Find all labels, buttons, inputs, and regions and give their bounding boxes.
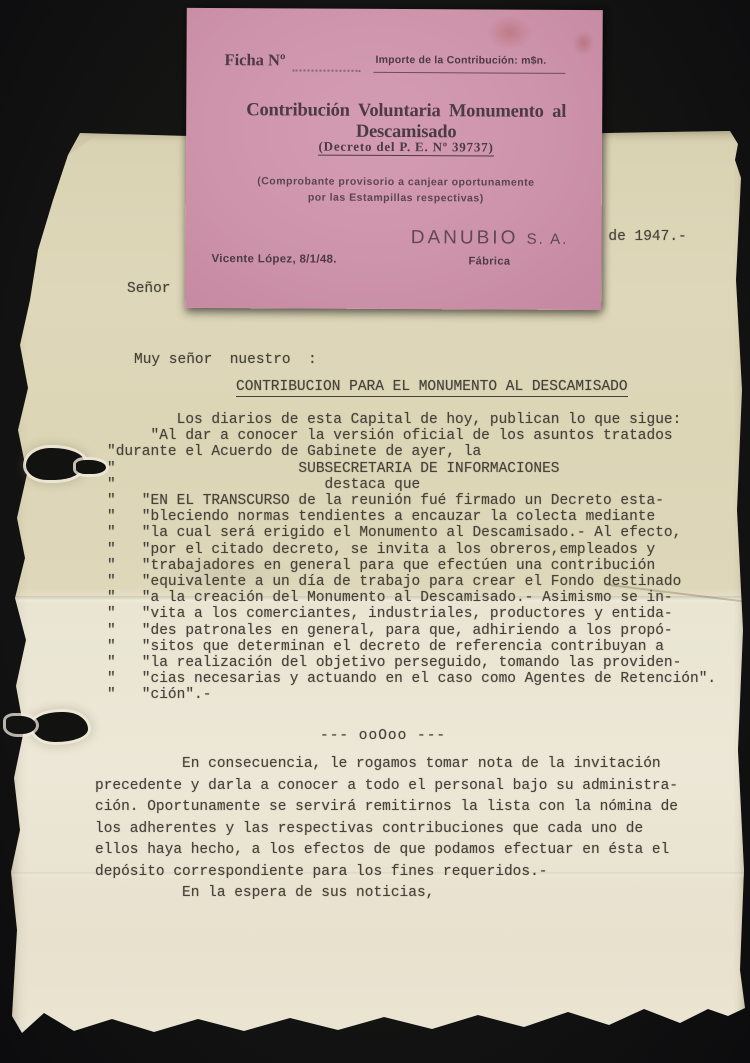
- voucher-note-line2: por las Estampillas respectivas): [204, 190, 588, 208]
- importe-label: Importe de la Contribución: m$n.: [375, 54, 575, 67]
- letter-line: ellos haya hecho, a los efectos de que p…: [95, 840, 678, 862]
- letter-line: En consecuencia, le rogamos tomar nota d…: [95, 754, 678, 776]
- letter-line: precedente y darla a conocer a todo el p…: [95, 776, 678, 798]
- importe-blank-line: [373, 72, 565, 74]
- letter-line: " "la realización del objetivo perseguid…: [107, 655, 716, 671]
- company-name-main: DANUBIO: [411, 227, 519, 249]
- corner-fold: [22, 136, 96, 178]
- letter-line: " "sitos que determinan el decreto de re…: [107, 639, 716, 655]
- letter-line: En la espera de sus noticias,: [95, 883, 678, 905]
- letter-line: " destaca que: [107, 477, 716, 493]
- paper-hole-top: [26, 448, 84, 480]
- letter-line: "Al dar a conocer la versión oficial de …: [107, 428, 716, 444]
- letter-line: " SUBSECRETARIA DE INFORMACIONES: [107, 461, 716, 477]
- section-separator: --- ooOoo ---: [320, 728, 446, 744]
- voucher-note: (Comprobante provisorio a canjear oportu…: [204, 174, 588, 207]
- paper-hole-bottom: [32, 712, 88, 742]
- letter-line: los adherentes y las respectivas contrib…: [95, 819, 678, 841]
- letter-line: depósito correspondiente para los fines …: [95, 862, 678, 884]
- letter-line: " "cias necesarias y actuando en el caso…: [107, 671, 716, 687]
- ficha-blank-line: [292, 49, 360, 71]
- decree-text: (Decreto del P. E. Nº 39737): [318, 139, 493, 157]
- company-name: DANUBIO S. A.: [400, 227, 580, 250]
- letter-line: "durante el Acuerdo de Gabinete de ayer,…: [107, 444, 716, 460]
- letter-line: " "trabajadores en general para que efec…: [107, 558, 716, 574]
- letter-line: " "equivalente a un día de trabajo para …: [107, 574, 716, 590]
- letter-salutation: Señor: [127, 281, 171, 297]
- photo-scene: 9 de 1947.- Señor Muy señor nuestro : CO…: [0, 0, 750, 1063]
- letter-line: " "por el citado decreto, se invita a lo…: [107, 542, 716, 558]
- rust-stain: [487, 15, 533, 49]
- letter-line: " "bleciendo normas tendientes a encauza…: [107, 509, 716, 525]
- letter-body: Los diarios de esta Capital de hoy, publ…: [107, 412, 716, 704]
- letter-line: Los diarios de esta Capital de hoy, publ…: [107, 412, 716, 428]
- company-name-suffix: S. A.: [527, 231, 569, 248]
- voucher-note-line1: (Comprobante provisorio a canjear oportu…: [204, 174, 588, 192]
- letter-line: " "ción".-: [107, 687, 716, 703]
- decree-line: (Decreto del P. E. Nº 39737): [214, 138, 598, 156]
- letter-line: " "des patronales en general, para que, …: [107, 623, 716, 639]
- company-subtitle: Fábrica: [399, 255, 579, 268]
- place-date: Vicente López, 8/1/48.: [211, 253, 336, 266]
- letter-heading: CONTRIBUCION PARA EL MONUMENTO AL DESCAM…: [236, 379, 628, 397]
- letter-line: ción. Oportunamente se servirá remitirno…: [95, 797, 678, 819]
- letter-closing: En consecuencia, le rogamos tomar nota d…: [95, 754, 678, 905]
- letter-date: 9 de 1947.-: [591, 229, 687, 245]
- contribution-card: Ficha Nº Importe de la Contribución: m$n…: [185, 8, 603, 310]
- ficha-label: Ficha Nº: [224, 50, 285, 70]
- rust-stain-small: [573, 30, 595, 56]
- letter-line: " "vita a los comerciantes, industriales…: [107, 606, 716, 622]
- letter-line: " "la cual será erigido el Monumento al …: [107, 525, 716, 541]
- letter-line: " "a la creación del Monumento al Descam…: [107, 590, 716, 606]
- letter-line: " "EN EL TRANSCURSO de la reunión fué fi…: [107, 493, 716, 509]
- letter-greeting: Muy señor nuestro :: [134, 352, 317, 368]
